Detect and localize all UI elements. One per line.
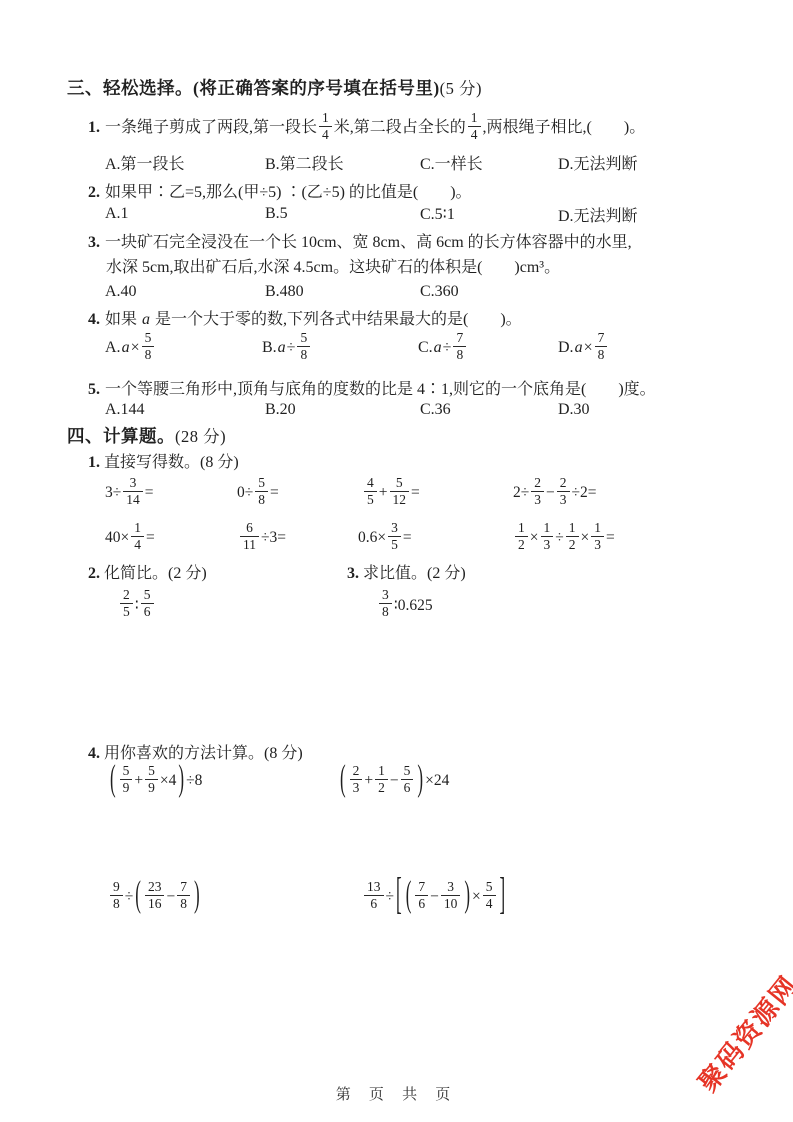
question-1-text: 一条绳子剪成了两段,第一段长14米,第二段占全长的14,两根绳子相比,( )。: [105, 119, 645, 136]
calc-sub1-number: 1.: [88, 454, 100, 471]
question-3-text-line1: 一块矿石完全浸没在一个长 10cm、宽 8cm、高 6cm 的长方体容器中的水里…: [105, 234, 632, 251]
question-2-option-c: C.5∶1: [420, 203, 455, 225]
exam-page: 三、轻松选择。(将正确答案的序号填在括号里)(5 分) 1.一条绳子剪成了两段,…: [0, 0, 793, 1122]
method-expression-4: 136÷[(76−310)×54]: [362, 872, 507, 922]
calc-sub2-score: (2 分): [168, 565, 207, 582]
section-choice-title-text: 三、轻松选择。(将正确答案的序号填在括号里): [67, 78, 440, 98]
question-3-line2: 水深 5cm,取出矿石后,水深 4.5cm。这块矿石的体积是( )cm³。: [106, 254, 560, 277]
question-2-option-d: D.无法判断: [558, 203, 638, 225]
question-5-number: 5.: [88, 381, 100, 398]
section-calc-title: 四、计算题。(28 分): [67, 423, 226, 448]
question-3-text-line2: 水深 5cm,取出矿石后,水深 4.5cm。这块矿石的体积是( )cm³。: [106, 259, 560, 276]
question-5-option-d: D.30: [558, 399, 590, 421]
question-2-text: 如果甲∶乙=5,那么(甲÷5) ∶(乙÷5) 的比值是( )。: [105, 184, 472, 201]
question-1-option-b: B.第二段长: [265, 151, 344, 173]
method-expression-2: (23+12−56)×24: [338, 757, 449, 805]
question-4-options: A.a×58 B.a÷58 C.a÷78 D.a×78: [105, 327, 755, 369]
question-5-option-a: A.144: [105, 399, 145, 421]
question-5-text: 一个等腰三角形中,顶角与底角的度数的比是 4∶1,则它的一个底角是( )度。: [105, 381, 656, 398]
question-1-option-c: C.一样长: [420, 151, 483, 173]
question-4-number: 4.: [88, 311, 100, 328]
calc-sub2-number: 2.: [88, 565, 100, 582]
calc-sub2-label: 2.化简比。(2 分): [88, 560, 207, 583]
question-1-number: 1.: [88, 119, 100, 136]
section-calc-title-text: 四、计算题。: [67, 426, 175, 446]
calc-sub2-text: 化简比。: [104, 565, 168, 582]
question-3-option-a: A.40: [105, 281, 137, 303]
question-4: 4.如果 a 是一个大于零的数,下列各式中结果最大的是( )。: [88, 306, 522, 329]
calc-item-3: 45+512=: [362, 471, 420, 515]
question-5-options: A.144 B.20 C.36 D.30: [105, 399, 755, 421]
calc-item-4: 2÷23−23÷2=: [513, 471, 597, 515]
question-3-options: A.40 B.480 C.360: [105, 281, 755, 303]
method-expression-1: (59+59×4)÷8: [108, 757, 202, 805]
question-3-option-b: B.480: [265, 281, 304, 303]
calc-sub3-score: (2 分): [427, 565, 466, 582]
ratio-value-expression: 38∶0.625: [377, 583, 433, 627]
calc-item-5: 40×14=: [105, 516, 155, 560]
section-choice-title: 三、轻松选择。(将正确答案的序号填在括号里)(5 分): [67, 75, 482, 100]
calc-item-8: 12×13÷12×13=: [513, 516, 615, 560]
calc-item-6: 611÷3=: [238, 516, 286, 560]
section-calc-score: (28 分): [175, 427, 226, 446]
calc-sub1-label: 1.直接写得数。(8 分): [88, 449, 239, 472]
calc-item-2: 0÷58=: [237, 471, 279, 515]
question-1-option-d: D.无法判断: [558, 151, 638, 173]
question-5-option-b: B.20: [265, 399, 296, 421]
calc-sub4-number: 4.: [88, 745, 100, 762]
calc-row-1: 3÷314= 0÷58= 45+512= 2÷23−23÷2=: [0, 471, 793, 515]
question-4-option-c: C.a÷78: [418, 327, 468, 369]
question-4-option-b: B.a÷58: [262, 327, 312, 369]
question-2: 2.如果甲∶乙=5,那么(甲÷5) ∶(乙÷5) 的比值是( )。: [88, 179, 472, 202]
question-3-option-c: C.360: [420, 281, 459, 303]
calc-sub3-label: 3.求比值。(2 分): [347, 560, 466, 583]
question-5: 5.一个等腰三角形中,顶角与底角的度数的比是 4∶1,则它的一个底角是( )度。: [88, 376, 656, 399]
question-2-option-b: B.5: [265, 203, 288, 225]
calc-sub1-score: (8 分): [200, 454, 239, 471]
question-2-options: A.1 B.5 C.5∶1 D.无法判断: [105, 203, 755, 225]
question-1: 1.一条绳子剪成了两段,第一段长14米,第二段占全长的14,两根绳子相比,( )…: [88, 107, 645, 149]
calc-item-1: 3÷314=: [105, 471, 154, 515]
question-1-options: A.第一段长 B.第二段长 C.一样长 D.无法判断: [105, 151, 755, 173]
section-choice-score: (5 分): [440, 79, 482, 98]
calc-sub3-text: 求比值。: [363, 565, 427, 582]
question-4-option-a: A.a×58: [105, 327, 156, 369]
calc-item-7: 0.6×35=: [358, 516, 412, 560]
question-2-number: 2.: [88, 184, 100, 201]
method-expression-3: 98÷(2316−78): [108, 872, 202, 922]
question-5-option-c: C.36: [420, 399, 451, 421]
calc-sub3-number: 3.: [347, 565, 359, 582]
question-3-line1: 3.一块矿石完全浸没在一个长 10cm、宽 8cm、高 6cm 的长方体容器中的…: [88, 229, 632, 252]
question-4-option-d: D.a×78: [558, 327, 609, 369]
question-4-text: 如果 a 是一个大于零的数,下列各式中结果最大的是( )。: [105, 311, 522, 328]
calc-sub1-text: 直接写得数。: [104, 454, 200, 471]
calc-row-2: 40×14= 611÷3= 0.6×35= 12×13÷12×13=: [0, 516, 793, 560]
question-3-number: 3.: [88, 234, 100, 251]
question-1-option-a: A.第一段长: [105, 151, 185, 173]
calc-sub4-score: (8 分): [264, 745, 303, 762]
simplify-ratio-expression: 25∶56: [118, 583, 156, 627]
question-2-option-a: A.1: [105, 203, 129, 225]
